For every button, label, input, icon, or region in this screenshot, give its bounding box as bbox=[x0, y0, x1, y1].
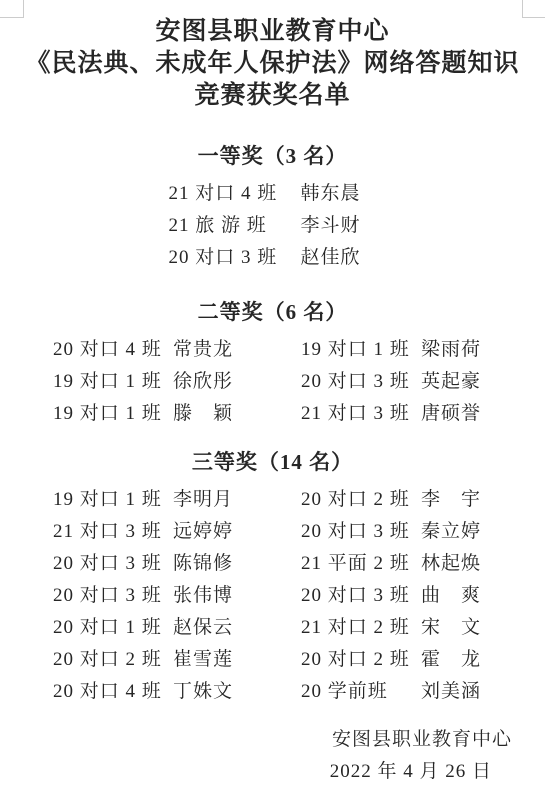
third-prize-heading: 三等奖（14 名） bbox=[0, 448, 545, 476]
entry-name: 张伟博 bbox=[173, 580, 233, 612]
award-entry: 20 对口 2 班 霍 龙 bbox=[301, 644, 545, 676]
entry-name: 滕 颖 bbox=[173, 398, 233, 430]
second-prize-list: 20 对口 4 班 常贵龙 19 对口 1 班 梁雨荷 19 对口 1 班 徐欣… bbox=[0, 334, 545, 430]
scan-corner-mark-top-right-icon bbox=[522, 0, 545, 18]
signature-block: 安图县职业教育中心 2022 年 4 月 26 日 bbox=[0, 724, 545, 788]
entry-name: 曲 爽 bbox=[421, 580, 481, 612]
entry-class: 19 对口 1 班 bbox=[301, 334, 411, 366]
entry-name: 霍 龙 bbox=[421, 644, 481, 676]
entry-name: 宋 文 bbox=[421, 612, 481, 644]
entry-class: 20 对口 1 班 bbox=[53, 612, 163, 644]
entry-name: 陈锦修 bbox=[173, 548, 233, 580]
entry-class: 20 对口 2 班 bbox=[301, 644, 411, 676]
entry-name: 唐硕誉 bbox=[421, 398, 481, 430]
award-entry: 21 旅 游 班 李斗财 bbox=[169, 210, 377, 242]
entry-name: 丁姝文 bbox=[173, 676, 233, 708]
award-entry: 21 对口 4 班 韩东晨 bbox=[169, 178, 377, 210]
award-entry: 21 对口 3 班 远婷婷 bbox=[53, 516, 301, 548]
entry-class: 20 对口 3 班 bbox=[301, 580, 411, 612]
entry-class: 20 对口 3 班 bbox=[169, 242, 281, 274]
award-entry: 19 对口 1 班 滕 颖 bbox=[53, 398, 301, 430]
award-entry: 20 对口 3 班 英起豪 bbox=[301, 366, 545, 398]
signature-org: 安图县职业教育中心 bbox=[0, 724, 545, 756]
entry-name: 李斗财 bbox=[301, 210, 361, 242]
entry-class: 20 对口 3 班 bbox=[53, 580, 163, 612]
entry-name: 李 宇 bbox=[421, 484, 481, 516]
entry-class: 21 对口 4 班 bbox=[169, 178, 281, 210]
award-entry: 20 对口 3 班 曲 爽 bbox=[301, 580, 545, 612]
entry-name: 赵保云 bbox=[173, 612, 233, 644]
award-entry: 20 对口 2 班 崔雪莲 bbox=[53, 644, 301, 676]
entry-class: 20 对口 4 班 bbox=[53, 334, 163, 366]
second-prize-heading: 二等奖（6 名） bbox=[0, 298, 545, 326]
award-entry: 21 对口 2 班 宋 文 bbox=[301, 612, 545, 644]
entry-class: 21 平面 2 班 bbox=[301, 548, 411, 580]
entry-name: 崔雪莲 bbox=[173, 644, 233, 676]
document-title: 安图县职业教育中心 《民法典、未成年人保护法》网络答题知识 竞赛获奖名单 bbox=[0, 0, 545, 112]
entry-class: 20 对口 4 班 bbox=[53, 676, 163, 708]
award-entry: 19 对口 1 班 梁雨荷 bbox=[301, 334, 545, 366]
section-second-prize: 二等奖（6 名） 20 对口 4 班 常贵龙 19 对口 1 班 梁雨荷 19 … bbox=[0, 298, 545, 430]
award-entry: 20 对口 3 班 秦立婷 bbox=[301, 516, 545, 548]
entry-name: 英起豪 bbox=[421, 366, 481, 398]
entry-class: 19 对口 1 班 bbox=[53, 398, 163, 430]
signature-date: 2022 年 4 月 26 日 bbox=[0, 756, 545, 788]
first-prize-heading: 一等奖（3 名） bbox=[0, 142, 545, 170]
entry-name: 韩东晨 bbox=[301, 178, 361, 210]
award-entry: 20 对口 3 班 陈锦修 bbox=[53, 548, 301, 580]
award-entry: 20 对口 3 班 张伟博 bbox=[53, 580, 301, 612]
award-entry: 19 对口 1 班 徐欣彤 bbox=[53, 366, 301, 398]
title-line-2: 《民法典、未成年人保护法》网络答题知识 bbox=[0, 48, 545, 80]
entry-class: 20 对口 3 班 bbox=[301, 366, 411, 398]
entry-class: 20 对口 2 班 bbox=[301, 484, 411, 516]
entry-name: 刘美涵 bbox=[421, 676, 481, 708]
award-entry: 20 对口 1 班 赵保云 bbox=[53, 612, 301, 644]
award-entry: 20 对口 3 班 赵佳欣 bbox=[169, 242, 377, 274]
entry-name: 秦立婷 bbox=[421, 516, 481, 548]
entry-class: 21 对口 2 班 bbox=[301, 612, 411, 644]
entry-name: 林起焕 bbox=[421, 548, 481, 580]
entry-name: 赵佳欣 bbox=[301, 242, 361, 274]
entry-class: 20 对口 3 班 bbox=[53, 548, 163, 580]
entry-class: 20 对口 2 班 bbox=[53, 644, 163, 676]
award-entry: 20 学前班 刘美涵 bbox=[301, 676, 545, 708]
entry-name: 远婷婷 bbox=[173, 516, 233, 548]
section-first-prize: 一等奖（3 名） 21 对口 4 班 韩东晨 21 旅 游 班 李斗财 20 对… bbox=[0, 142, 545, 274]
entry-name: 梁雨荷 bbox=[421, 334, 481, 366]
award-entry: 20 对口 4 班 丁姝文 bbox=[53, 676, 301, 708]
award-entry: 20 对口 2 班 李 宇 bbox=[301, 484, 545, 516]
entry-class: 21 对口 3 班 bbox=[53, 516, 163, 548]
entry-name: 徐欣彤 bbox=[173, 366, 233, 398]
entry-class: 20 学前班 bbox=[301, 676, 411, 708]
first-prize-list: 21 对口 4 班 韩东晨 21 旅 游 班 李斗财 20 对口 3 班 赵佳欣 bbox=[169, 178, 377, 274]
third-prize-list: 19 对口 1 班 李明月 20 对口 2 班 李 宇 21 对口 3 班 远婷… bbox=[0, 484, 545, 708]
scan-corner-mark-top-left-icon bbox=[0, 0, 24, 18]
section-third-prize: 三等奖（14 名） 19 对口 1 班 李明月 20 对口 2 班 李 宇 21… bbox=[0, 448, 545, 708]
award-entry: 21 平面 2 班 林起焕 bbox=[301, 548, 545, 580]
award-entry: 21 对口 3 班 唐硕誉 bbox=[301, 398, 545, 430]
entry-name: 李明月 bbox=[173, 484, 233, 516]
document-page: 安图县职业教育中心 《民法典、未成年人保护法》网络答题知识 竞赛获奖名单 一等奖… bbox=[0, 0, 545, 800]
entry-class: 21 对口 3 班 bbox=[301, 398, 411, 430]
award-entry: 20 对口 4 班 常贵龙 bbox=[53, 334, 301, 366]
entry-class: 21 旅 游 班 bbox=[169, 210, 281, 242]
award-entry: 19 对口 1 班 李明月 bbox=[53, 484, 301, 516]
entry-name: 常贵龙 bbox=[173, 334, 233, 366]
entry-class: 19 对口 1 班 bbox=[53, 366, 163, 398]
title-line-3: 竞赛获奖名单 bbox=[0, 80, 545, 112]
title-line-1: 安图县职业教育中心 bbox=[0, 16, 545, 48]
entry-class: 19 对口 1 班 bbox=[53, 484, 163, 516]
entry-class: 20 对口 3 班 bbox=[301, 516, 411, 548]
